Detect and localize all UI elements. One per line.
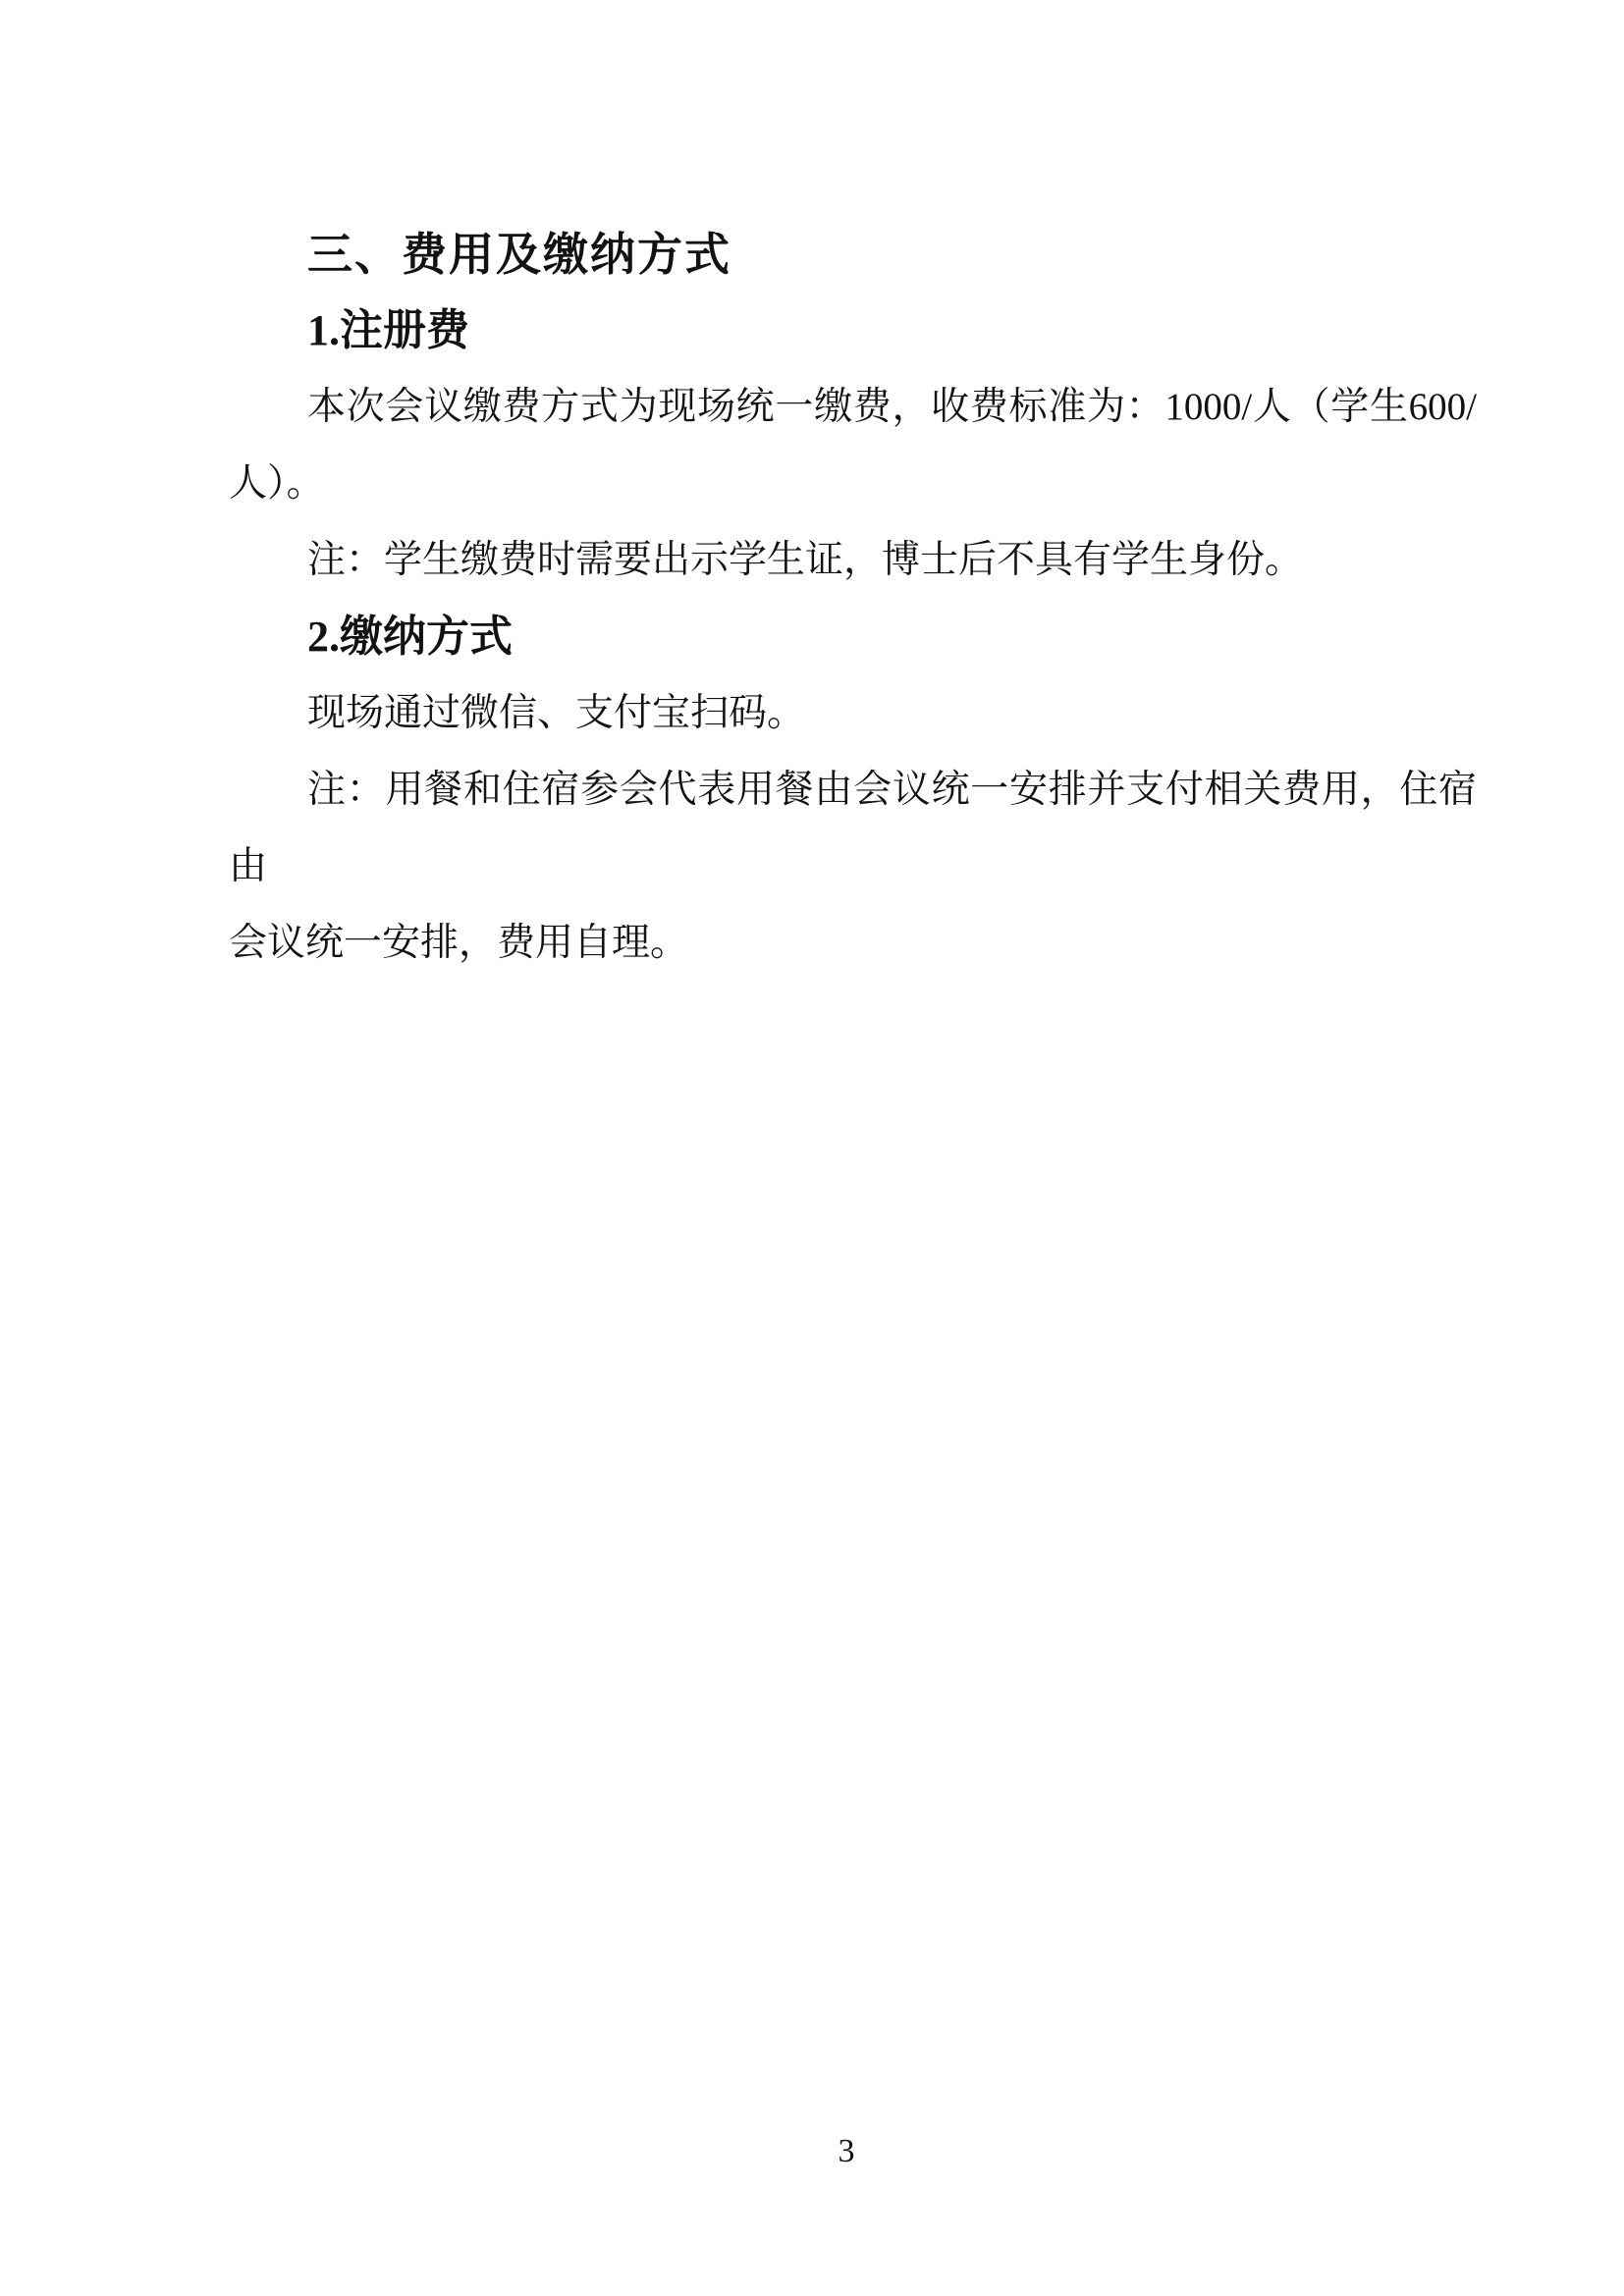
- subheading-registration-fee: 1.注册费: [229, 293, 1477, 369]
- note-meals-lodging-line-2: 会议统一安排，费用自理。: [229, 905, 1477, 982]
- paragraph-payment-onsite: 现场通过微信、支付宝扫码。: [229, 675, 1477, 752]
- paragraph-fee-standard-line-1: 本次会议缴费方式为现场统一缴费，收费标准为：1000/人（学生600/: [229, 369, 1477, 446]
- document-page: 三、费用及缴纳方式 1.注册费 本次会议缴费方式为现场统一缴费，收费标准为：10…: [0, 0, 1624, 2296]
- subheading-payment-method: 2.缴纳方式: [229, 599, 1477, 675]
- section-heading-fees-and-payment: 三、费用及缴纳方式: [229, 216, 1477, 293]
- document-content: 三、费用及缴纳方式 1.注册费 本次会议缴费方式为现场统一缴费，收费标准为：10…: [229, 216, 1477, 982]
- note-student-id: 注：学生缴费时需要出示学生证，博士后不具有学生身份。: [229, 522, 1477, 599]
- page-number: 3: [0, 2133, 1624, 2170]
- note-meals-lodging-line-1: 注：用餐和住宿参会代表用餐由会议统一安排并支付相关费用，住宿由: [229, 752, 1477, 905]
- paragraph-fee-standard-line-2: 人）。: [229, 446, 1477, 522]
